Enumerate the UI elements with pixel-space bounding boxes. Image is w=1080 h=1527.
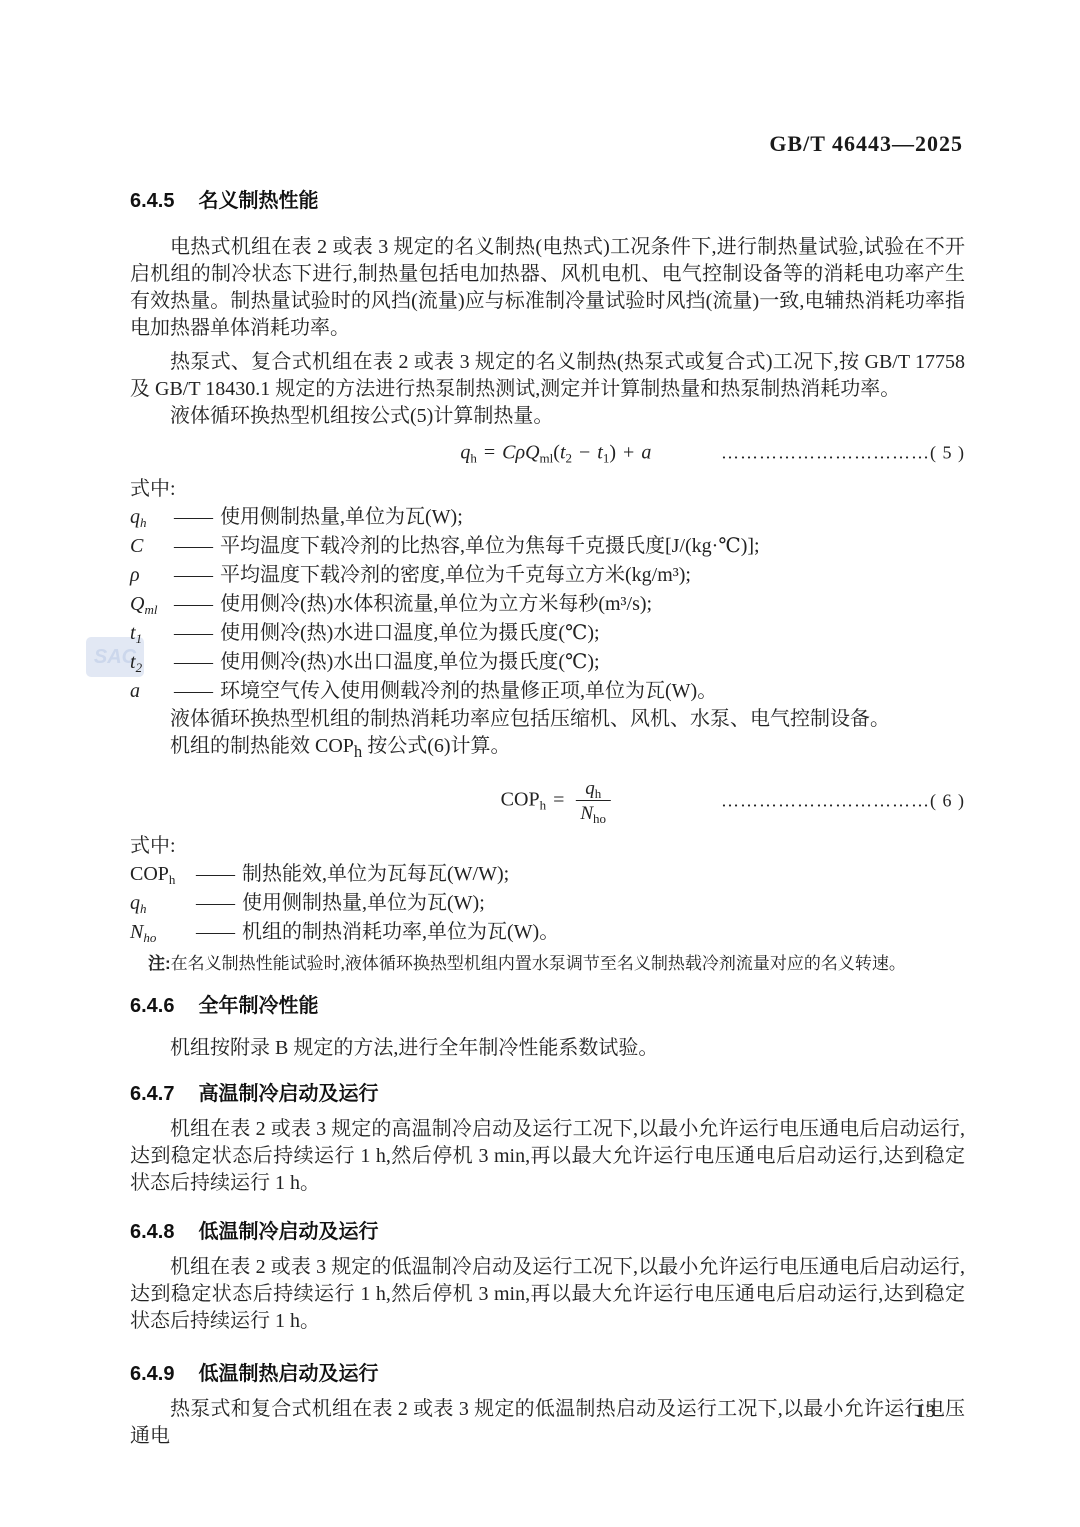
variable-symbol: t2: [130, 648, 174, 677]
section-title: 低温制热启动及运行: [198, 1363, 378, 1385]
section-title: 全年制冷性能: [198, 995, 318, 1017]
formula-5-number: ( 5 ): [930, 443, 965, 463]
section-number: 6.4.9: [130, 1363, 174, 1385]
paragraph: 液体循环换热型机组的制热消耗功率应包括压缩机、风机、水泵、电气控制设备。: [130, 706, 965, 733]
dot-leader: ……………………………: [721, 443, 930, 463]
variable-symbol: t1: [130, 619, 174, 648]
symbol-definition-row: qh —— 使用侧制热量,单位为瓦(W);: [130, 503, 965, 532]
section-number: 6.4.7: [130, 1083, 174, 1105]
paragraph: 机组在表 2 或表 3 规定的低温制冷启动及运行工况下,以最小允许运行电压通电后…: [130, 1254, 965, 1335]
definition-dash: ——: [174, 590, 212, 619]
definition-dash: ——: [196, 860, 234, 889]
where-label: 式中:: [130, 833, 965, 860]
paragraph: 机组按附录 B 规定的方法,进行全年制冷性能系数试验。: [130, 1035, 965, 1062]
fraction: qhNho: [575, 777, 611, 825]
section-heading-647: 6.4.7高温制冷启动及运行: [130, 1081, 965, 1108]
definition-text: 平均温度下载冷剂的密度,单位为千克每立方米(kg/m³);: [220, 561, 965, 590]
section-heading-646: 6.4.6全年制冷性能: [130, 993, 965, 1020]
variable-symbol: C: [130, 532, 174, 561]
symbol-definition-row: t1 —— 使用侧冷(热)水进口温度,单位为摄氏度(℃);: [130, 619, 965, 648]
symbol-definition-row: t2 —— 使用侧冷(热)水出口温度,单位为摄氏度(℃);: [130, 648, 965, 677]
definition-dash: ——: [174, 561, 212, 590]
section-title: 低温制冷启动及运行: [198, 1221, 378, 1243]
formula-5-leader: ……………………………( 5 ): [721, 443, 965, 464]
definition-dash: ——: [196, 918, 234, 947]
paragraph: 电热式机组在表 2 或表 3 规定的名义制热(电热式)工况条件下,进行制热量试验…: [130, 234, 965, 342]
note-text: 在名义制热性能试验时,液体循环换热型机组内置水泵调节至名义制热载冷剂流量对应的名…: [171, 954, 906, 973]
definition-dash: ——: [196, 889, 234, 918]
section-number: 6.4.8: [130, 1221, 174, 1243]
definition-text: 制热能效,单位为瓦每瓦(W/W);: [242, 860, 965, 889]
note-label: 注:: [148, 954, 171, 973]
paragraph: 机组在表 2 或表 3 规定的高温制冷启动及运行工况下,以最小允许运行电压通电后…: [130, 1116, 965, 1197]
formula-6-number: ( 6 ): [930, 791, 965, 811]
page-number: 13: [916, 1401, 935, 1423]
definition-text: 使用侧冷(热)水进口温度,单位为摄氏度(℃);: [220, 619, 965, 648]
definition-text: 机组的制热消耗功率,单位为瓦(W)。: [242, 918, 965, 947]
definition-text: 使用侧制热量,单位为瓦(W);: [220, 503, 965, 532]
variable-symbol: qh: [130, 503, 174, 532]
section-heading-648: 6.4.8低温制冷启动及运行: [130, 1219, 965, 1246]
variable-symbol: Qml: [130, 590, 174, 619]
formula-5-expression: qh=CρQml(t2−t1)+a: [460, 442, 651, 465]
symbol-definition-row: ρ —— 平均温度下载冷剂的密度,单位为千克每立方米(kg/m³);: [130, 561, 965, 590]
symbol-definition-row: C —— 平均温度下载冷剂的比热容,单位为焦每千克摄氏度[J/(kg·℃)];: [130, 532, 965, 561]
definition-text: 使用侧冷(热)水出口温度,单位为摄氏度(℃);: [220, 648, 965, 677]
symbol-definition-row: Nho —— 机组的制热消耗功率,单位为瓦(W)。: [130, 918, 965, 947]
definition-dash: ——: [174, 648, 212, 677]
definition-dash: ——: [174, 619, 212, 648]
formula-6-expression: COPh=qhNho: [501, 777, 611, 825]
variable-symbol: ρ: [130, 561, 174, 590]
variable-symbol: qh: [130, 889, 196, 918]
document-body: 6.4.5名义制热性能 电热式机组在表 2 或表 3 规定的名义制热(电热式)工…: [130, 188, 965, 1450]
symbol-definition-row: qh —— 使用侧制热量,单位为瓦(W);: [130, 889, 965, 918]
definition-dash: ——: [174, 503, 212, 532]
definition-dash: ——: [174, 677, 212, 706]
symbol-definition-row: COPh —— 制热能效,单位为瓦每瓦(W/W);: [130, 860, 965, 889]
section-heading-649: 6.4.9低温制热启动及运行: [130, 1361, 965, 1388]
section-heading-645: 6.4.5名义制热性能: [130, 188, 965, 215]
symbol-definition-row: a —— 环境空气传入使用侧载冷剂的热量修正项,单位为瓦(W)。: [130, 677, 965, 706]
section-number: 6.4.5: [130, 190, 174, 212]
variable-symbol: a: [130, 677, 174, 706]
note: 注:在名义制热性能试验时,液体循环换热型机组内置水泵调节至名义制热载冷剂流量对应…: [130, 952, 965, 976]
dot-leader: ……………………………: [721, 791, 930, 811]
paragraph-cop: 机组的制热能效 COPh 按公式(6)计算。: [130, 733, 965, 765]
formula-5: qh=CρQml(t2−t1)+a ……………………………( 5 ): [130, 432, 965, 474]
formula-6: COPh=qhNho ……………………………( 6 ): [130, 769, 965, 833]
definition-text: 平均温度下载冷剂的比热容,单位为焦每千克摄氏度[J/(kg·℃)];: [220, 532, 965, 561]
symbol-definition-list: COPh —— 制热能效,单位为瓦每瓦(W/W); qh —— 使用侧制热量,单…: [130, 860, 965, 947]
definition-text: 环境空气传入使用侧载冷剂的热量修正项,单位为瓦(W)。: [220, 677, 965, 706]
section-title: 名义制热性能: [198, 190, 318, 212]
document-page: GB/T 46443—2025 SAC 6.4.5名义制热性能 电热式机组在表 …: [0, 0, 1080, 1527]
variable-symbol: Nho: [130, 918, 196, 947]
definition-text: 使用侧制热量,单位为瓦(W);: [242, 889, 965, 918]
definition-text: 使用侧冷(热)水体积流量,单位为立方米每秒(m³/s);: [220, 590, 965, 619]
standard-number-header: GB/T 46443—2025: [769, 131, 963, 157]
definition-dash: ——: [174, 532, 212, 561]
paragraph: 热泵式和复合式机组在表 2 或表 3 规定的低温制热启动及运行工况下,以最小允许…: [130, 1396, 965, 1450]
where-label: 式中:: [130, 476, 965, 503]
variable-symbol: COPh: [130, 860, 196, 889]
paragraph: 热泵式、复合式机组在表 2 或表 3 规定的名义制热(热泵式或复合式)工况下,按…: [130, 349, 965, 403]
symbol-definition-row: Qml —— 使用侧冷(热)水体积流量,单位为立方米每秒(m³/s);: [130, 590, 965, 619]
symbol-definition-list: qh —— 使用侧制热量,单位为瓦(W); C —— 平均温度下载冷剂的比热容,…: [130, 503, 965, 706]
formula-6-leader: ……………………………( 6 ): [721, 791, 965, 812]
section-title: 高温制冷启动及运行: [198, 1083, 378, 1105]
paragraph: 液体循环换热型机组按公式(5)计算制热量。: [130, 403, 965, 430]
section-number: 6.4.6: [130, 995, 174, 1017]
